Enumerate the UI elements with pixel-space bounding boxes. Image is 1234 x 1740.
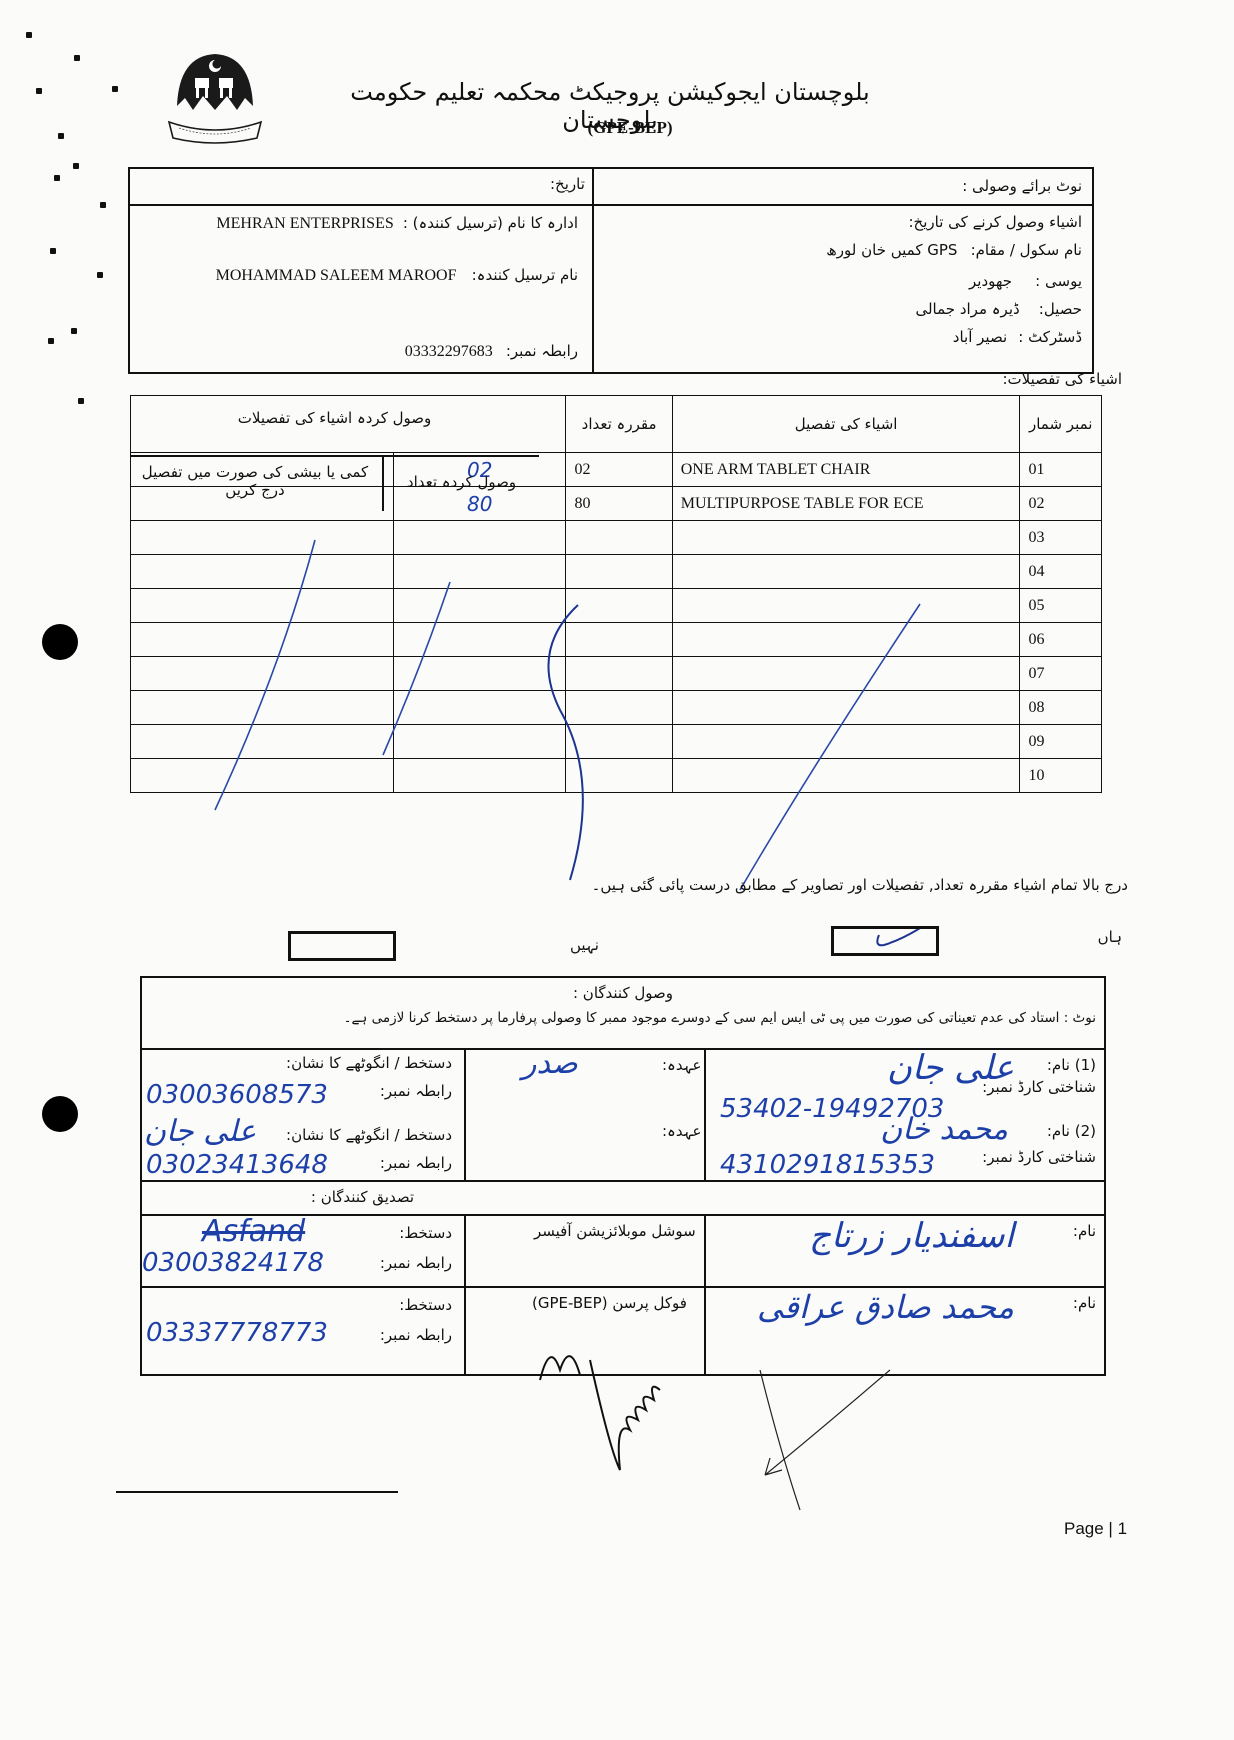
signature-scribble — [520, 1330, 940, 1530]
contact-value: 03332297683 — [405, 343, 493, 360]
contact-label-2: رابطہ نمبر: — [380, 1154, 452, 1172]
verifier-name-label-1: نام: — [1073, 1222, 1096, 1240]
sender-label: نام ترسیل کنندہ: — [472, 266, 578, 284]
date-label: تاریخ: — [550, 175, 585, 193]
note-label: نوٹ برائے وصولی : — [962, 177, 1082, 195]
received-qty-header: وصول کردہ تعداد — [384, 473, 539, 491]
verifier-contact-label-2: رابطہ نمبر: — [380, 1326, 452, 1344]
district-label: ڈسٹرکٹ : — [1018, 328, 1082, 346]
focal-person-role: فوکل پرسن (GPE-BEP) — [532, 1294, 687, 1312]
tehsil-label: حصیل: — [1039, 300, 1082, 318]
focal-person-name: محمد صادق عراقی — [757, 1288, 1014, 1326]
uc-value: جھودیر — [969, 272, 1012, 290]
allotted-qty-header: مقررہ تعداد — [566, 396, 672, 453]
yes-checkbox[interactable] — [831, 926, 939, 956]
items-section-label: اشیاء کی تفصیلات: — [1003, 370, 1123, 388]
social-mobilization-role: سوشل موبلائزیشن آفیسر — [534, 1222, 696, 1240]
focal-person-contact: 03337778773 — [146, 1318, 328, 1348]
yes-label: ہاں — [1098, 928, 1122, 946]
shortfall-header: کمی یا بیشی کی صورت میں تفصیل درج کریں — [130, 463, 380, 499]
school-label: نام سکول / مقام: — [971, 241, 1082, 259]
verifier-name-label-2: نام: — [1073, 1294, 1096, 1312]
cnic-label-2: شناختی کارڈ نمبر: — [982, 1148, 1096, 1166]
person2-cnic: 4310291815353 — [720, 1150, 935, 1180]
name-label-2: (2) نام: — [1047, 1122, 1096, 1140]
uc-label: یوسی : — [1035, 272, 1082, 290]
person1-contact: 03003608573 — [146, 1080, 328, 1110]
designation-label-2: عہدہ: — [662, 1122, 701, 1140]
no-checkbox[interactable] — [288, 931, 396, 961]
description-cell: MULTIPURPOSE TABLE FOR ECE — [672, 487, 1020, 521]
page-number: Page | 1 — [1064, 1519, 1127, 1539]
balochistan-emblem-icon — [165, 48, 265, 148]
org-field: ادارہ کا نام (ترسیل کنندہ) : MEHRAN ENTE… — [216, 213, 578, 233]
recipients-box: وصول کنندگان : نوٹ : استاد کی عدم تعینات… — [140, 976, 1106, 1376]
school-field: نام سکول / مقام: GPS کمیں خان لورھ — [826, 240, 1082, 259]
social-mobilization-contact: 03003824178 — [142, 1248, 324, 1278]
name-label-1: (1) نام: — [1047, 1056, 1096, 1074]
serial-cell: 02 — [1020, 487, 1102, 521]
info-box: نوٹ برائے وصولی : اشیاء وصول کرنے کی تار… — [128, 167, 1094, 374]
recipients-note: نوٹ : استاد کی عدم تعیناتی کی صورت میں پ… — [344, 1010, 1096, 1026]
social-mobilization-signature: Asfand — [202, 1214, 305, 1249]
punch-hole-top — [42, 624, 78, 660]
receive-date-label: اشیاء وصول کرنے کی تاریخ: — [908, 213, 1082, 231]
uc-field: یوسی : جھودیر — [969, 271, 1082, 290]
contact-label-1: رابطہ نمبر: — [380, 1082, 452, 1100]
tehsil-field: حصیل: ڈیرہ مراد جمالی — [915, 299, 1082, 318]
designation-label-1: عہدہ: — [662, 1056, 701, 1074]
sender-value: MOHAMMAD SALEEM MAROOF — [216, 267, 457, 284]
tehsil-value: ڈیرہ مراد جمالی — [915, 300, 1019, 318]
serial-cell: 01 — [1020, 453, 1102, 487]
punch-hole-bottom — [42, 1096, 78, 1132]
cnic-label-1: شناختی کارڈ نمبر: — [982, 1078, 1096, 1096]
signature-label-2: دستخط / انگوٹھے کا نشان: — [286, 1126, 452, 1144]
verifier-signature-label-2: دستخط: — [399, 1296, 452, 1314]
verifiers-title: تصدیق کنندگان : — [311, 1188, 414, 1206]
serial-header: نمبر شمار — [1020, 396, 1102, 453]
person2-contact: 03023413648 — [146, 1150, 328, 1180]
allotted-qty-cell: 02 — [566, 453, 672, 487]
allotted-qty-cell: 80 — [566, 487, 672, 521]
confirmation-statement: درج بالا تمام اشیاء مقررہ تعداد, تفصیلات… — [592, 876, 1128, 894]
org-value: MEHRAN ENTERPRISES — [216, 215, 393, 232]
received-subheader: وصول کردہ اشیاء کی تفصیلات کمی یا بیشی ک… — [130, 395, 539, 511]
contact-field: رابطہ نمبر: 03332297683 — [405, 341, 578, 361]
contact-label: رابطہ نمبر: — [506, 342, 578, 360]
sender-field: نام ترسیل کنندہ: MOHAMMAD SALEEM MAROOF — [216, 265, 578, 285]
person2-name: محمد خان — [880, 1112, 1008, 1147]
check-mark-icon — [834, 929, 936, 953]
strike-lines — [130, 520, 1110, 900]
person2-signature: علی جان — [144, 1114, 256, 1149]
description-header: اشیاء کی تفصیل — [672, 396, 1020, 453]
school-value: GPS کمیں خان لورھ — [826, 241, 957, 259]
received-group-label: وصول کردہ اشیاء کی تفصیلات — [130, 409, 539, 427]
org-label: ادارہ کا نام (ترسیل کنندہ) : — [403, 214, 578, 232]
footer-rule — [116, 1491, 398, 1493]
verifier-contact-label-1: رابطہ نمبر: — [380, 1254, 452, 1272]
verifier-signature-label-1: دستخط: — [399, 1224, 452, 1242]
person1-designation: صدر — [522, 1046, 578, 1081]
district-field: ڈسٹرکٹ : نصیر آباد — [953, 327, 1082, 346]
recipients-title: وصول کنندگان : — [142, 984, 1104, 1002]
signature-label-1: دستخط / انگوٹھے کا نشان: — [286, 1054, 452, 1072]
district-value: نصیر آباد — [953, 328, 1007, 346]
no-label: نہیں — [570, 936, 599, 954]
page-title-code: (GPE-BEP) — [530, 118, 730, 138]
description-cell: ONE ARM TABLET CHAIR — [672, 453, 1020, 487]
social-mobilization-name: اسفندیار زرتاج — [809, 1216, 1014, 1256]
